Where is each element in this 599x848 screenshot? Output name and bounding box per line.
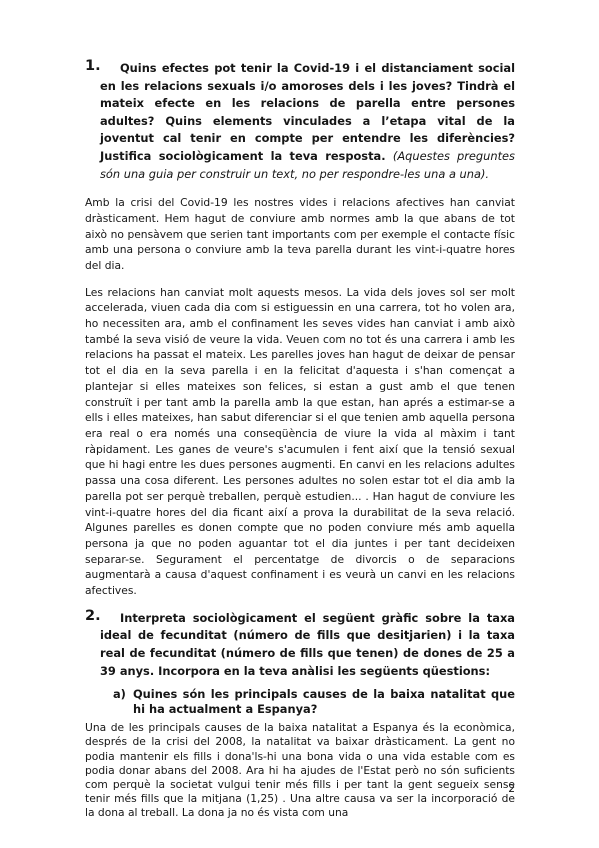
sub-question-a: a)Quines són les principals causes de la… (133, 687, 515, 716)
document-content: 1.Quins efectes pot tenir la Covid-19 i … (85, 60, 515, 821)
answer-2-paragraph-1: Una de les principals causes de la baixa… (85, 721, 515, 820)
sub-question-a-text: Quines són les principals causes de la b… (133, 687, 515, 716)
question-2-number: 2. (85, 608, 101, 626)
page-number: 2 (508, 782, 515, 795)
question-1-number: 1. (85, 58, 101, 76)
question-1-text: Quins efectes pot tenir la Covid-19 i el… (100, 61, 515, 163)
question-2-heading: 2.Interpreta sociològicament el següent … (100, 610, 515, 680)
question-1-heading: 1.Quins efectes pot tenir la Covid-19 i … (100, 60, 515, 183)
sub-question-a-marker: a) (113, 687, 126, 702)
document-page: 1.Quins efectes pot tenir la Covid-19 i … (0, 0, 599, 848)
question-2-text: Interpreta sociològicament el següent gr… (100, 611, 515, 678)
answer-1-paragraph-1: Amb la crisi del Covid-19 les nostres vi… (85, 195, 515, 274)
answer-1-paragraph-2: Les relacions han canviat molt aquests m… (85, 285, 515, 599)
